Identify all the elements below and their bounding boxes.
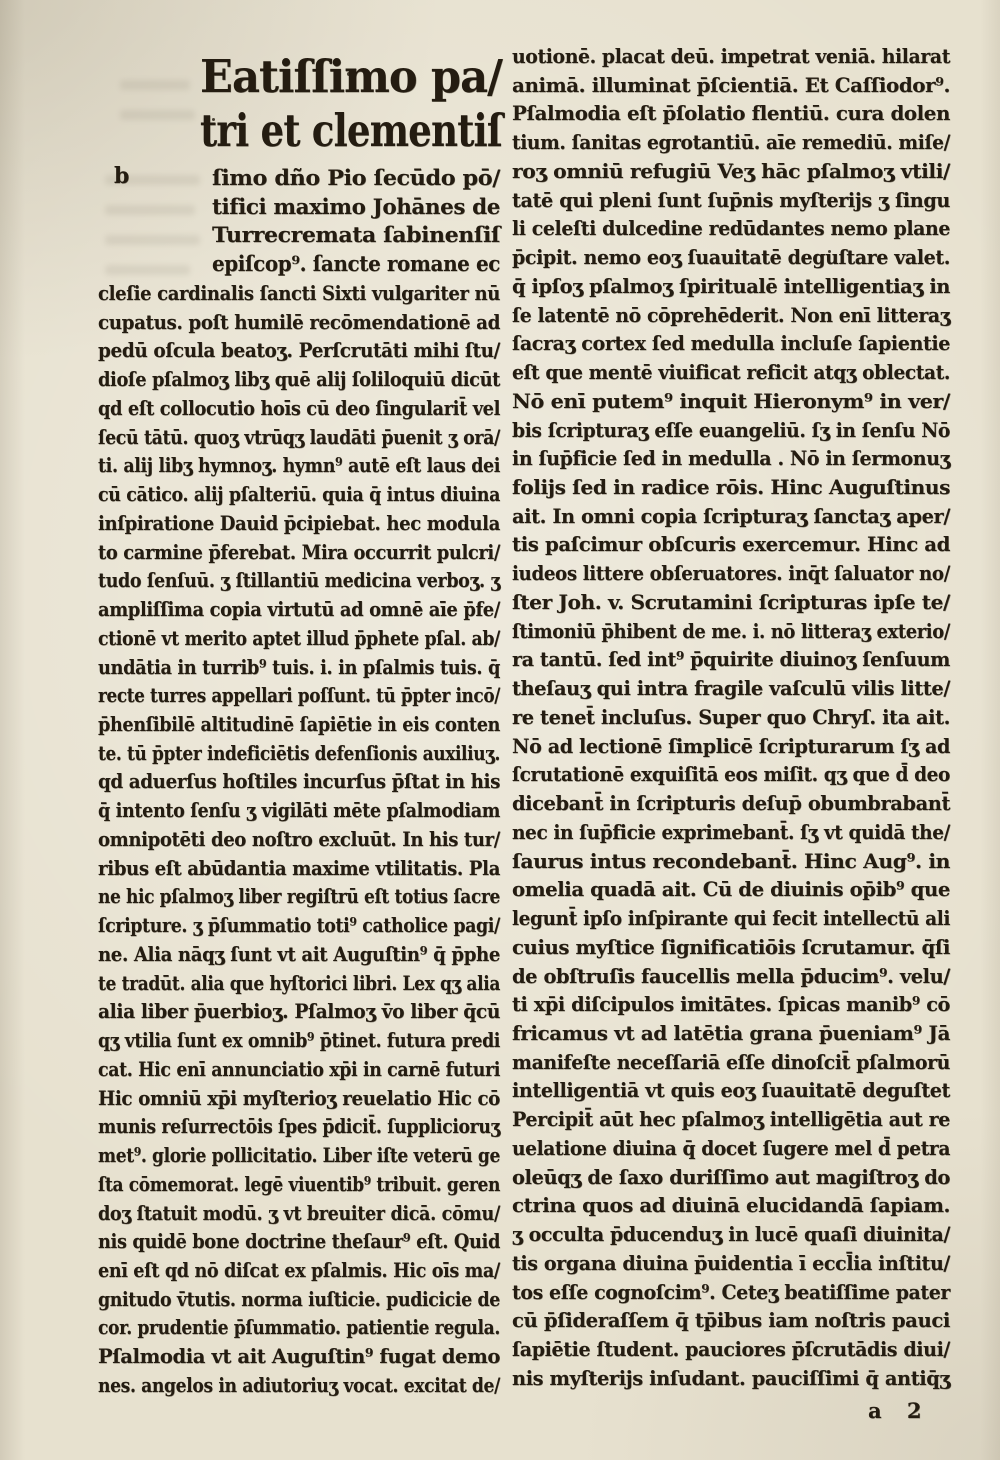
text-line-content: ſecū tātū. quoʒ vtrūqʒ laudāti p̄uenit ʒ… (98, 423, 500, 452)
text-line: folijs ſed in radice rōis. Hinc Auguſtin… (512, 473, 950, 502)
text-line-content: Turrecremata ſabinenſiſ (212, 221, 500, 250)
text-line: Pſalmodia vt ait Auguſtin⁹ fugat demo (98, 1342, 500, 1371)
text-line: omnipotēti deo noſtro excluūt. In his tu… (98, 825, 500, 854)
text-line: pedū oſcula beatoʒ. Perſcrutāti mihi ſtu… (98, 336, 500, 365)
text-line-content: tifici maximo Johānes de (212, 193, 500, 222)
text-line-content: ctrina quos ad diuinā elucidandā ſapiam. (512, 1191, 950, 1220)
text-line: re tenet̄ incluſus. Super quo Chryſ. ita… (512, 703, 950, 732)
left-column-intro: ſimo dño Pio ſecūdo pō/tifici maximo Joh… (212, 164, 500, 279)
text-line: dicebant̄ in ſcripturis deſup̄ obumbraba… (512, 789, 950, 818)
text-line: qʒ vtilia ſunt ex omnib⁹ p̄tinet. futura… (98, 1026, 500, 1055)
right-column: uotionē. placat deū. impetrat veniā. hil… (512, 42, 950, 1393)
text-line: ſimo dño Pio ſecūdo pō/ (212, 164, 500, 193)
text-line-content: ne. Alia nāqʒ ſunt vt ait Auguſtin⁹ q̄ p… (98, 940, 500, 969)
text-line-content: intelligentiā vt quis eoʒ ſuauitatē degu… (512, 1076, 950, 1105)
text-line: recte turres appellari poſſunt. tū p̄pte… (98, 681, 500, 710)
text-line-content: ſtimoniū p̄hibent de me. i. nō litteraʒ … (512, 617, 950, 646)
text-line-content: cū p̄ſideraſſem q̄ tp̄ibus iam noſtris p… (512, 1306, 950, 1335)
text-line: ſtimoniū p̄hibent de me. i. nō litteraʒ … (512, 617, 950, 646)
show-through-ghost (105, 235, 200, 245)
text-line: ra tantū. ſed int⁹ p̄quirite diuinoʒ ſen… (512, 645, 950, 674)
text-line-content: Hic omniū xp̄i myſterioʒ reuelatio Hic c… (98, 1084, 500, 1113)
heading-line-text: tri et clementiſ (200, 104, 502, 158)
text-line-content: ti. alij libʒ hymnoʒ. hymn⁹ autē eſt lau… (98, 451, 500, 480)
text-line-content: iudeos littere obſeruatores. inq̄t ſalua… (512, 559, 950, 588)
text-line: oleūqʒ de ſaxo duriſſimo aut magiſtroʒ d… (512, 1163, 950, 1192)
text-line: legunt̄ ipſo inſpirante qui fecit intell… (512, 904, 950, 933)
text-line: de obſtruſis faucellis mella p̄ducim⁹. v… (512, 962, 950, 991)
text-line: undātia in turrib⁹ tuis. i. in pſalmis t… (98, 653, 500, 682)
text-line: uelatione diuina q̄ docet ſugere mel d̄ … (512, 1134, 950, 1163)
text-line: nes. angelos in adiutoriuʒ vocat. excita… (98, 1371, 500, 1400)
text-line-content: roʒ omniū refugiū Veʒ hāc pſalmoʒ vtili/ (512, 157, 950, 186)
text-line-content: ait. In omni copia ſcripturaʒ ſanctaʒ ap… (512, 502, 950, 531)
text-line: tis organa diuina p̄uidentia ī eccl̄ia i… (512, 1249, 950, 1278)
text-line-content: re tenet̄ incluſus. Super quo Chryſ. ita… (512, 703, 950, 732)
text-line-content: legunt̄ ipſo inſpirante qui fecit intell… (512, 904, 950, 933)
text-line: ti xp̄i diſcipulos imitātes. ſpicas mani… (512, 990, 950, 1019)
text-line: ſcripture. ʒ p̄ſummatio toti⁹ catholice … (98, 911, 500, 940)
text-line-content: theſauʒ qui intra fragile vaſculū vilis … (512, 674, 950, 703)
text-line: nec in ſup̄ficie exprimebant̄. ſʒ vt qui… (512, 818, 950, 847)
text-line: tifici maximo Johānes de (212, 193, 500, 222)
text-line-content: gnitudo v̄tutis. norma iuſticie. pudicic… (98, 1285, 500, 1314)
text-line: p̄cipit. nemo eoʒ ſuauitatē deguſtare va… (512, 243, 950, 272)
text-line-content: li celeſti dulcedine redūdantes nemo pla… (512, 214, 950, 243)
text-line: tium. ſanitas egrotantiū. aīe remediū. m… (512, 128, 950, 157)
text-line: alia liber p̄uerbioʒ. Pſalmoʒ v̄o liber … (98, 997, 500, 1026)
text-line-content: uelatione diuina q̄ docet ſugere mel d̄ … (512, 1134, 950, 1163)
text-line: manifeſte neceſſariā eſſe dinoſcit̄ pſal… (512, 1048, 950, 1077)
text-line-content: dioſe pſalmoʒ libʒ quē alij ſoliloquiū d… (98, 365, 500, 394)
text-line-content: tium. ſanitas egrotantiū. aīe remediū. m… (512, 128, 950, 157)
text-line: ſcrutationē exquiſitā eos miſit. qʒ que … (512, 760, 950, 789)
text-line: cleſie cardinalis ſancti Sixti vulgarite… (98, 279, 500, 308)
text-line: li celeſti dulcedine redūdantes nemo pla… (512, 214, 950, 243)
book-page: b Eatiſſimo pa/ tri et clementiſ ſimo dñ… (0, 0, 1000, 1460)
text-line-content: inſpiratione Dauid p̄cipiebat. hec modul… (98, 509, 500, 538)
text-line-content: Nō enī putem⁹ inquit Hieronym⁹ in ver/ (512, 387, 950, 416)
text-line-content: te tradūt. alia que hyſtorici libri. Lex… (98, 969, 500, 998)
text-line-content: ampliſſima copia virtutū ad omnē aīe p̄f… (98, 595, 500, 624)
text-line-content: tis paſcimur obſcuris exercemur. Hinc ad (512, 530, 950, 559)
text-line-content: fricamus vt ad latētia grana p̄ueniam⁹ J… (512, 1019, 950, 1048)
text-line-content: ſta cōmemorat. legē viuentib⁹ tribuit. g… (98, 1170, 500, 1199)
text-line: Nō enī putem⁹ inquit Hieronym⁹ in ver/ (512, 387, 950, 416)
text-line: p̄henſibilē altitudinē ſapiētie in eis c… (98, 710, 500, 739)
text-line: intelligentiā vt quis eoʒ ſuauitatē degu… (512, 1076, 950, 1105)
text-line-content: q̄ intento ſenſu ʒ vigilāti mēte pſalmod… (98, 796, 500, 825)
text-line-content: manifeſte neceſſariā eſſe dinoſcit̄ pſal… (512, 1048, 950, 1077)
text-line-content: ra tantū. ſed int⁹ p̄quirite diuinoʒ ſen… (512, 645, 950, 674)
show-through-ghost (105, 265, 190, 275)
text-line-content: ſaurus intus recondebant̄. Hinc Aug⁹. in (512, 847, 950, 876)
text-line-content: met⁹. glorie pollicitatio. Liber iſte ve… (98, 1141, 500, 1170)
text-line-content: eſt que mentē viuificat reficit atqʒ obl… (512, 358, 950, 387)
text-line-content: cat. Hic enī annunciatio xp̄i in carnē f… (98, 1055, 500, 1084)
text-line-content: bis ſcripturaʒ eſſe euangeliū. ſʒ in ſen… (512, 416, 950, 445)
text-line-content: cupatus. poſt humilē recōmendationē ad (98, 308, 500, 337)
text-line-content: Pſalmodia eſt p̄ſolatio flentiū. cura do… (512, 99, 950, 128)
text-line-content: ſcrutationē exquiſitā eos miſit. qʒ que … (512, 760, 950, 789)
text-line: Turrecremata ſabinenſiſ (212, 221, 500, 250)
text-line-content: ribus eſt abūdantia maxime vtilitatis. P… (98, 854, 500, 883)
text-line-content: nec in ſup̄ficie exprimebant̄. ſʒ vt qui… (512, 818, 950, 847)
text-line: to carmine p̄ferebat. Mira occurrit pulc… (98, 538, 500, 567)
text-line: fricamus vt ad latētia grana p̄ueniam⁹ J… (512, 1019, 950, 1048)
text-line-content: tudo ſenſuū. ʒ ſtillantiū medicina verbo… (98, 566, 500, 595)
text-line-content: ctionē vt merito aptet illud p̄phete pſa… (98, 624, 500, 653)
text-line-content: munis reſurrectōis ſpes p̄dicit̄. ſuppli… (98, 1112, 500, 1141)
text-line: te tradūt. alia que hyſtorici libri. Lex… (98, 969, 500, 998)
text-line-content: cū cātico. alij pſalteriū. quia q̄ intus… (98, 480, 500, 509)
text-line: ſta cōmemorat. legē viuentib⁹ tribuit. g… (98, 1170, 500, 1199)
text-line: met⁹. glorie pollicitatio. Liber iſte ve… (98, 1141, 500, 1170)
text-line-content: qd aduerſus hoſtiles incurſus p̄ſtat in … (98, 767, 500, 796)
text-line: tos eſſe cognoſcim⁹. Ceteʒ beatiſſime pa… (512, 1278, 950, 1307)
heading-line: tri et clementiſ (200, 104, 502, 158)
text-line: ſaurus intus recondebant̄. Hinc Aug⁹. in (512, 847, 950, 876)
show-through-ghost (120, 110, 195, 120)
text-line-content: recte turres appellari poſſunt. tū p̄pte… (98, 681, 500, 710)
text-line-content: nis myſterijs inſudant. pauciſſimi q̄ an… (512, 1364, 950, 1393)
text-line: Percipit̄ aūt hec pſalmoʒ intelligētia a… (512, 1105, 950, 1134)
text-line-content: qʒ vtilia ſunt ex omnib⁹ p̄tinet. futura… (98, 1026, 500, 1055)
text-line: qd eſt collocutio hoīs cū deo ſingularit… (98, 394, 500, 423)
text-line-content: Percipit̄ aūt hec pſalmoʒ intelligētia a… (512, 1105, 950, 1134)
text-line-content: te. tū p̄pter indeficiētis defenſionis a… (98, 739, 500, 768)
text-line: q̄ ipſoʒ pſalmoʒ ſpiritualē intelligenti… (512, 272, 950, 301)
text-line: munis reſurrectōis ſpes p̄dicit̄. ſuppli… (98, 1112, 500, 1141)
text-line-content: animā. illuminat p̄ſcientiā. Et Caſſiodo… (512, 71, 950, 100)
text-line-content: epiſcop⁹. ſancte romane ec (212, 250, 500, 279)
show-through-ghost (105, 205, 195, 215)
text-line: theſauʒ qui intra fragile vaſculū vilis … (512, 674, 950, 703)
text-line-content: Nō ad lectionē ſimplicē ſcripturarum ſʒ … (512, 732, 950, 761)
text-line-content: oleūqʒ de ſaxo duriſſimo aut magiſtroʒ d… (512, 1163, 950, 1192)
text-line-content: q̄ ipſoʒ pſalmoʒ ſpiritualē intelligenti… (512, 272, 950, 301)
text-line-content: nes. angelos in adiutoriuʒ vocat. excita… (98, 1371, 500, 1400)
text-line: enī eſt qd nō diſcat ex pſalmis. Hic oīs… (98, 1256, 500, 1285)
text-line: Pſalmodia eſt p̄ſolatio flentiū. cura do… (512, 99, 950, 128)
text-line: cat. Hic enī annunciatio xp̄i in carnē f… (98, 1055, 500, 1084)
text-line: cupatus. poſt humilē recōmendationē ad (98, 308, 500, 337)
text-line: epiſcop⁹. ſancte romane ec (212, 250, 500, 279)
text-line: ſter Joh. v. Scrutamini ſcripturas ipſe … (512, 588, 950, 617)
text-line-content: ne hic pſalmoʒ liber regiſtrū eſt totius… (98, 882, 500, 911)
text-line: q̄ intento ſenſu ʒ vigilāti mēte pſalmod… (98, 796, 500, 825)
text-line-content: alia liber p̄uerbioʒ. Pſalmoʒ v̄o liber … (98, 997, 500, 1026)
text-line-content: uotionē. placat deū. impetrat veniā. hil… (512, 42, 950, 71)
text-line-content: tis organa diuina p̄uidentia ī eccl̄ia i… (512, 1249, 950, 1278)
text-line: ſe latentē nō cōprehēderit. Non enī litt… (512, 301, 950, 330)
text-line: ne. Alia nāqʒ ſunt vt ait Auguſtin⁹ q̄ p… (98, 940, 500, 969)
text-line: in ſup̄ficie ſed in medulla . Nō in ſerm… (512, 444, 950, 473)
text-line-content: Pſalmodia vt ait Auguſtin⁹ fugat demo (98, 1342, 500, 1371)
text-line-content: tos eſſe cognoſcim⁹. Ceteʒ beatiſſime pa… (512, 1278, 950, 1307)
text-line: ſacraʒ cortex ſed medulla incluſe ſapien… (512, 329, 950, 358)
text-line-content: ſacraʒ cortex ſed medulla incluſe ſapien… (512, 329, 950, 358)
text-line: te. tū p̄pter indeficiētis defenſionis a… (98, 739, 500, 768)
text-line-content: undātia in turrib⁹ tuis. i. in pſalmis t… (98, 653, 500, 682)
text-line: ribus eſt abūdantia maxime vtilitatis. P… (98, 854, 500, 883)
text-line: roʒ omniū refugiū Veʒ hāc pſalmoʒ vtili/ (512, 157, 950, 186)
text-line: ait. In omni copia ſcripturaʒ ſanctaʒ ap… (512, 502, 950, 531)
text-line: bis ſcripturaʒ eſſe euangeliū. ſʒ in ſen… (512, 416, 950, 445)
text-line: uotionē. placat deū. impetrat veniā. hil… (512, 42, 950, 71)
text-line: cū cātico. alij pſalteriū. quia q̄ intus… (98, 480, 500, 509)
left-column: cleſie cardinalis ſancti Sixti vulgarite… (98, 279, 500, 1400)
text-line-content: ti xp̄i diſcipulos imitātes. ſpicas mani… (512, 990, 950, 1019)
text-line: iudeos littere obſeruatores. inq̄t ſalua… (512, 559, 950, 588)
text-line: ti. alij libʒ hymnoʒ. hymn⁹ autē eſt lau… (98, 451, 500, 480)
text-line: tudo ſenſuū. ʒ ſtillantiū medicina verbo… (98, 566, 500, 595)
text-line: ctionē vt merito aptet illud p̄phete pſa… (98, 624, 500, 653)
text-line-content: ſe latentē nō cōprehēderit. Non enī litt… (512, 301, 950, 330)
text-line-content: cor. prudentie p̄ſummatio. patientie reg… (98, 1313, 500, 1342)
text-line-content: pedū oſcula beatoʒ. Perſcrutāti mihi ſtu… (98, 336, 500, 365)
text-line-content: doʒ ſtatuit modū. ʒ vt breuiter dicā. cō… (98, 1199, 500, 1228)
text-line: nis myſterijs inſudant. pauciſſimi q̄ an… (512, 1364, 950, 1393)
guide-letter: b (114, 164, 129, 188)
text-line-content: qd eſt collocutio hoīs cū deo ſingularit… (98, 394, 500, 423)
text-line-content: ʒ occulta p̄ducenduʒ in lucē quaſi diuin… (512, 1220, 950, 1249)
text-line-content: to carmine p̄ferebat. Mira occurrit pulc… (98, 538, 500, 567)
signature-mark: a 2 (868, 1398, 922, 1423)
text-line: ne hic pſalmoʒ liber regiſtrū eſt totius… (98, 882, 500, 911)
text-line: qd aduerſus hoſtiles incurſus p̄ſtat in … (98, 767, 500, 796)
text-line-content: p̄henſibilē altitudinē ſapiētie in eis c… (98, 710, 500, 739)
text-line-content: cleſie cardinalis ſancti Sixti vulgarite… (98, 279, 500, 308)
dedication-heading: Eatiſſimo pa/ tri et clementiſ (200, 50, 502, 158)
text-line: inſpiratione Dauid p̄cipiebat. hec modul… (98, 509, 500, 538)
show-through-ghost (120, 80, 190, 90)
text-line-content: ſimo dño Pio ſecūdo pō/ (212, 164, 500, 193)
text-line-content: nis quidē bone doctrine theſaur⁹ eſt. Qu… (98, 1227, 500, 1256)
text-line: eſt que mentē viuificat reficit atqʒ obl… (512, 358, 950, 387)
text-line: ʒ occulta p̄ducenduʒ in lucē quaſi diuin… (512, 1220, 950, 1249)
text-line-content: enī eſt qd nō diſcat ex pſalmis. Hic oīs… (98, 1256, 500, 1285)
text-line-content: dicebant̄ in ſcripturis deſup̄ obumbraba… (512, 789, 950, 818)
text-line-content: de obſtruſis faucellis mella p̄ducim⁹. v… (512, 962, 950, 991)
text-line: cū p̄ſideraſſem q̄ tp̄ibus iam noſtris p… (512, 1306, 950, 1335)
text-line-content: cuius myſtice ſignificatiōis ſcrutamur. … (512, 933, 950, 962)
text-line: cor. prudentie p̄ſummatio. patientie reg… (98, 1313, 500, 1342)
text-line: animā. illuminat p̄ſcientiā. Et Caſſiodo… (512, 71, 950, 100)
text-line: Hic omniū xp̄i myſterioʒ reuelatio Hic c… (98, 1084, 500, 1113)
text-line: omelia quadā ait. Cū de diuinis op̄ib⁹ q… (512, 875, 950, 904)
text-line-content: ſcripture. ʒ p̄ſummatio toti⁹ catholice … (98, 911, 500, 940)
text-line-content: ſapiētie ſtudent. pauciores p̄ſcrutādis … (512, 1335, 950, 1364)
text-line-content: omelia quadā ait. Cū de diuinis op̄ib⁹ q… (512, 875, 950, 904)
text-line: dioſe pſalmoʒ libʒ quē alij ſoliloquiū d… (98, 365, 500, 394)
text-line: tis paſcimur obſcuris exercemur. Hinc ad (512, 530, 950, 559)
text-line-content: tatē qui pleni ſunt ſup̄nis myſterijs ʒ … (512, 186, 950, 215)
text-line: tatē qui pleni ſunt ſup̄nis myſterijs ʒ … (512, 186, 950, 215)
text-line: ſapiētie ſtudent. pauciores p̄ſcrutādis … (512, 1335, 950, 1364)
text-line-content: ſter Joh. v. Scrutamini ſcripturas ipſe … (512, 588, 950, 617)
text-line: Nō ad lectionē ſimplicē ſcripturarum ſʒ … (512, 732, 950, 761)
text-line: cuius myſtice ſignificatiōis ſcrutamur. … (512, 933, 950, 962)
text-line: ampliſſima copia virtutū ad omnē aīe p̄f… (98, 595, 500, 624)
text-line: gnitudo v̄tutis. norma iuſticie. pudicic… (98, 1285, 500, 1314)
text-line: nis quidē bone doctrine theſaur⁹ eſt. Qu… (98, 1227, 500, 1256)
text-line-content: omnipotēti deo noſtro excluūt. In his tu… (98, 825, 500, 854)
text-line-content: folijs ſed in radice rōis. Hinc Auguſtin… (512, 473, 950, 502)
text-line-content: p̄cipit. nemo eoʒ ſuauitatē deguſtare va… (512, 243, 950, 272)
text-line: doʒ ſtatuit modū. ʒ vt breuiter dicā. cō… (98, 1199, 500, 1228)
text-line: ctrina quos ad diuinā elucidandā ſapiam. (512, 1191, 950, 1220)
heading-line-text: Eatiſſimo pa/ (200, 50, 502, 104)
text-line-content: in ſup̄ficie ſed in medulla . Nō in ſerm… (512, 444, 950, 473)
text-line: ſecū tātū. quoʒ vtrūqʒ laudāti p̄uenit ʒ… (98, 423, 500, 452)
heading-line: Eatiſſimo pa/ (200, 50, 502, 104)
